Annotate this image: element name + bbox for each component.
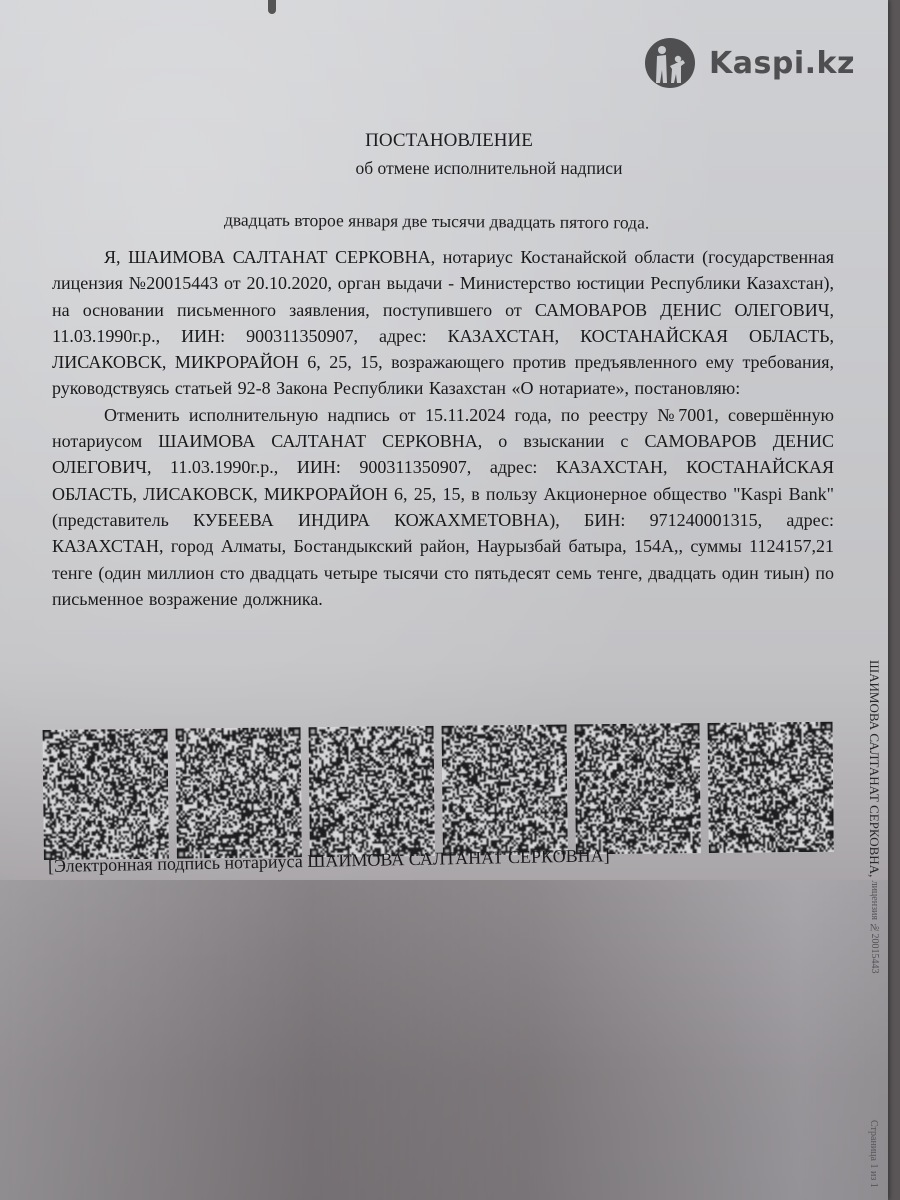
margin-notary-note: ШАИМОВА САЛТАНАТ СЕРКОВНА, лицензия №200… <box>866 660 882 973</box>
document-body: Я, ШАИМОВА САЛТАНАТ СЕРКОВНА, нотариус К… <box>52 244 834 612</box>
kaspi-people-logo-icon <box>645 38 695 88</box>
document-title: ПОСТАНОВЛЕНИЕ <box>0 130 888 152</box>
margin-notary-name: ШАИМОВА САЛТАНАТ СЕРКОВНА, <box>867 660 882 877</box>
qr-code <box>575 723 701 854</box>
qr-code <box>176 727 302 858</box>
margin-license: лицензия №20015443 <box>869 881 880 974</box>
qr-code <box>708 722 834 853</box>
document-page: Kaspi.kz ПОСТАНОВЛЕНИЕ об отмене исполни… <box>0 0 888 1200</box>
kaspi-watermark: Kaspi.kz <box>645 38 855 88</box>
paragraph-preamble: Я, ШАИМОВА САЛТАНАТ СЕРКОВНА, нотариус К… <box>52 244 834 402</box>
staple <box>268 0 276 14</box>
page-number: Страница 1 из 1 <box>868 1120 879 1188</box>
kaspi-brand-text: Kaspi.kz <box>709 46 855 81</box>
paragraph-resolution: Отменить исполнительную надпись от 15.11… <box>52 402 834 612</box>
qr-code <box>442 725 568 856</box>
document-subtitle: об отмене исполнительной надписи <box>0 158 888 179</box>
document-date: двадцать второе января две тысячи двадца… <box>224 210 649 234</box>
qr-code <box>43 729 169 860</box>
qr-code <box>309 726 435 857</box>
qr-code-strip <box>43 722 834 865</box>
